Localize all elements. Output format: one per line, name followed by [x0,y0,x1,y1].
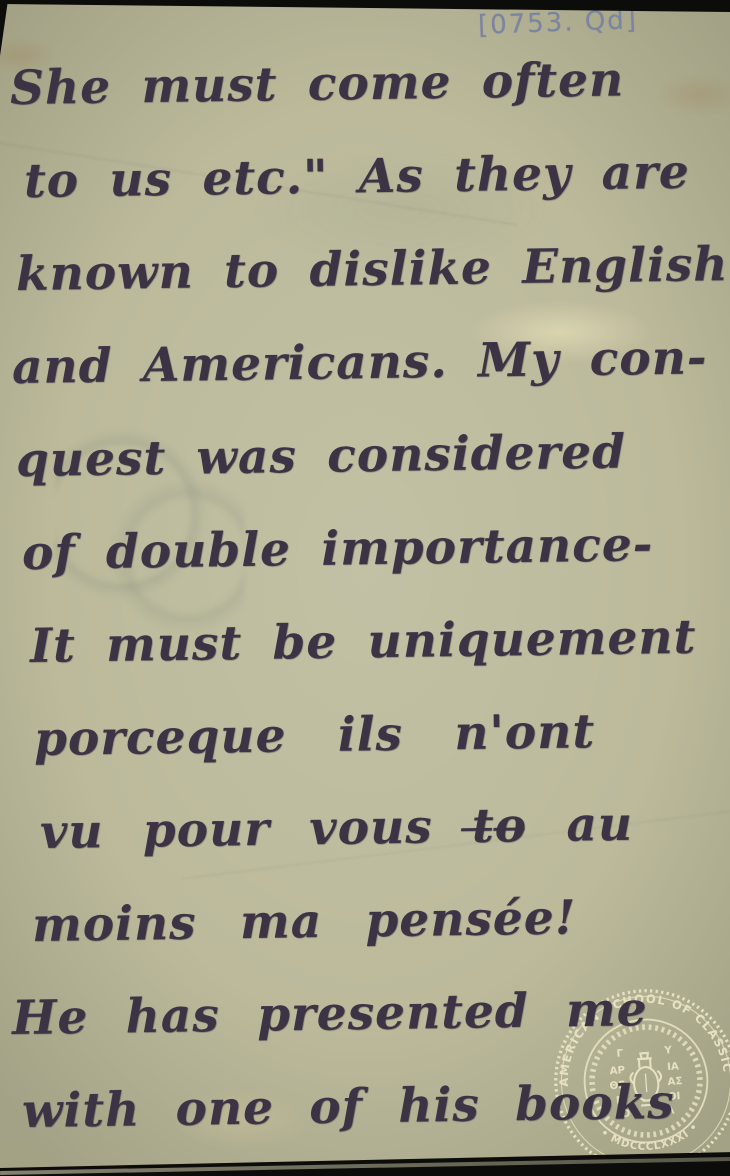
handwriting-line: It must be uniquement [29,590,730,693]
handwriting-line: quest was considered [15,404,730,507]
handwriting-line: porceque ils n'ont [33,683,730,786]
handwriting-line: She must come often [9,32,730,135]
handwriting-line: moins ma pensée! [31,869,730,972]
letter-page-photo: AMERICAN SCHOOL OF CLASSICAL STUDIES AT … [0,0,730,1176]
handwriting-line: of double importance- [21,497,730,600]
handwriting-line: and Americans. My con- [11,311,730,414]
handwriting-line: vu pour vous t̶o̶ au [39,776,730,879]
letter-body: She must come often to us etc." As they … [0,0,730,1158]
handwriting-line: with one of his books [21,1055,730,1158]
handwriting-line: known to dislike English [15,218,730,321]
handwriting-line: He has presented me [11,962,730,1065]
handwriting-line: to us etc." As they are [23,125,730,228]
